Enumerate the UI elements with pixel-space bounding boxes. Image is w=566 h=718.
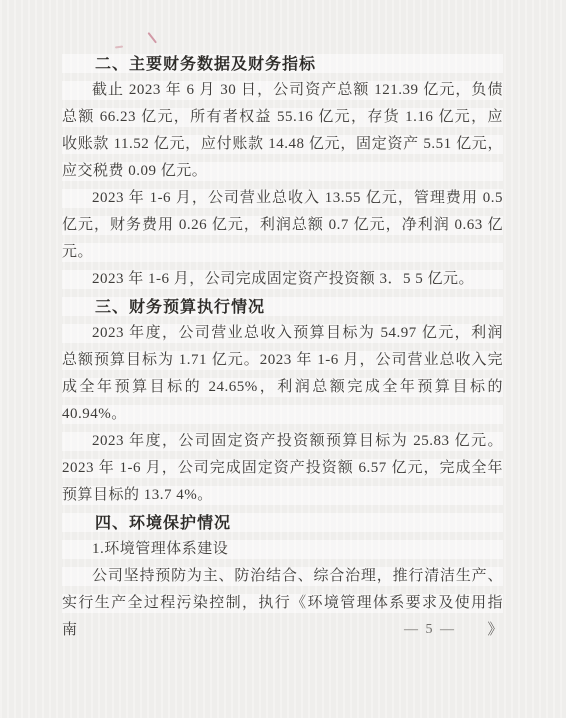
heading-financial-data: 二、主要财务数据及财务指标	[62, 50, 503, 77]
red-pen-mark-icon	[148, 32, 157, 43]
heading-environmental-protection: 四、环境保护情况	[62, 509, 503, 536]
body-line: 收账款 11.52 亿元，应付账款 14.48 亿元，固定资产 5.51 亿元，	[62, 131, 503, 158]
heading-budget-execution: 三、财务预算执行情况	[62, 293, 503, 320]
red-pen-mark-icon	[115, 45, 123, 48]
body-line: 元。	[62, 239, 503, 266]
body-line: 2023 年 1-6 月，公司营业总收入 13.55 亿元，管理费用 0.5	[62, 185, 503, 212]
page-number: — 5 —	[404, 616, 456, 643]
body-line: 40.94%。	[62, 401, 503, 428]
body-line: 2023 年 1-6 月，公司完成固定资产投资额 3．5 5 亿元。	[62, 266, 503, 293]
body-line: 2023 年度，公司固定资产投资额预算目标为 25.83 亿元。	[62, 428, 503, 455]
body-line: 2023 年度，公司营业总收入预算目标为 54.97 亿元，利润	[62, 320, 503, 347]
subheading-env-management-system: 1.环境管理体系建设	[62, 536, 503, 563]
body-line: 总额 66.23 亿元，所有者权益 55.16 亿元，存货 1.16 亿元，应	[62, 104, 503, 131]
document-content: 二、主要财务数据及财务指标 截止 2023 年 6 月 30 日，公司资产总额 …	[62, 50, 503, 617]
body-line: 成全年预算目标的 24.65%，利润总额完成全年预算目标的	[62, 374, 503, 401]
body-line: 总额预算目标为 1.71 亿元。2023 年 1-6 月，公司营业总收入完	[62, 347, 503, 374]
scanned-document-page: 二、主要财务数据及财务指标 截止 2023 年 6 月 30 日，公司资产总额 …	[0, 0, 566, 718]
body-line: 应交税费 0.09 亿元。	[62, 158, 503, 185]
body-line: 亿元，财务费用 0.26 亿元，利润总额 0.7 亿元，净利润 0.63 亿	[62, 212, 503, 239]
body-line: 2023 年 1-6 月，公司完成固定资产投资额 6.57 亿元，完成全年	[62, 455, 503, 482]
body-line: 预算目标的 13.7 4%。	[62, 482, 503, 509]
body-line: 截止 2023 年 6 月 30 日，公司资产总额 121.39 亿元，负债	[62, 77, 503, 104]
body-line: 实行生产全过程污染控制，执行《环境管理体系要求及使用指南》	[62, 590, 503, 617]
body-line: 公司坚持预防为主、防治结合、综合治理，推行清洁生产、	[62, 563, 503, 590]
